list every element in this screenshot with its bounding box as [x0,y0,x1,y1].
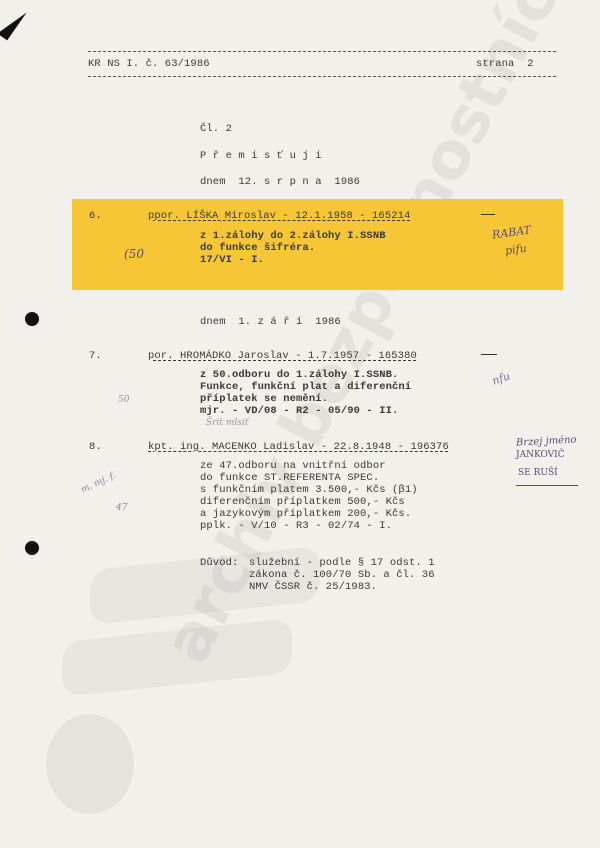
entry-line: Funkce, funkční plat a diferenční [200,381,411,393]
handwritten-note: JANKOVIČ [516,450,565,460]
entry-number: 8. [89,441,102,453]
entry-line: do funkce ST.REFERENTA SPEC. [200,472,379,484]
document-page: archiv bezpečnostních složek KR NS I. č.… [0,0,600,848]
reason-line: služební - podle § 17 odst. 1 [249,557,435,569]
article-title: P ř e m i s ť u j i [200,150,322,162]
header-rule-top [88,51,556,52]
date-heading-2: dnem 1. z á ř í 1986 [200,316,341,328]
handwritten-note: Šrit mlsiť [206,418,248,428]
header-rule-bottom [88,76,556,77]
entry-number: 7. [89,350,102,362]
handwritten-note: 50 [118,395,129,405]
dash-mark [481,354,497,355]
handwritten-note: SE RUŠÍ [518,468,558,478]
handwritten-note: Brzej jméno [516,434,577,448]
entry-line: pplk. - V/10 - R3 - 02/74 - I. [200,520,392,532]
punch-hole-icon [25,312,39,326]
entry-line: a jazykovým příplatkem 200,- Kčs. [200,508,411,520]
torn-corner-mark [0,6,27,41]
entry-heading: kpt. ing. MACENKO Ladislav - 22.8.1948 -… [148,441,449,453]
entry-line: do funkce šifréra. [200,242,315,254]
entry-line: diferenčním příplatkem 500,- Kčs [200,496,405,508]
entry-line: 17/VI - I. [200,254,264,266]
handwritten-note: nfu [490,369,512,387]
handwritten-note: m. mj. f. [80,471,118,496]
reason-label: Důvod: [200,557,238,569]
entry-line: z 1.zálohy do 2.zálohy I.SSNB [200,230,386,242]
entry-number: 6. [89,210,102,222]
handwritten-underline [516,485,578,486]
date-heading-1: dnem 12. s r p n a 1986 [200,176,360,188]
entry-line: s funkčním platem 3.500,- Kčs (β1) [200,484,418,496]
handwritten-note: 47 [116,503,127,513]
entry-line: mjr. - VD/08 - R2 - 05/90 - II. [200,405,398,417]
watermark-flag-stripe [62,618,292,697]
article-number: Čl. 2 [200,123,232,135]
entry-line: ze 47.odboru na vnitřní odbor [200,460,386,472]
entry-heading: por. HROMÁDKO Jaroslav - 1.7.1957 - 1653… [148,350,417,362]
entry-line: příplatek se nemění. [200,393,328,405]
page-number: strana 2 [476,58,534,70]
entry-line: z 50.odboru do 1.zálohy I.SSNB. [200,369,398,381]
entry-heading: ppor. LÍŠKA Miroslav - 12.1.1958 - 16521… [148,210,410,222]
reason-line: NMV ČSSR č. 25/1983. [249,581,377,593]
reason-line: zákona č. 100/70 Sb. a čl. 36 [249,569,435,581]
punch-hole-icon [25,541,39,555]
handwritten-note: (50 [124,247,144,261]
dash-mark [481,214,495,215]
document-reference: KR NS I. č. 63/1986 [88,58,210,70]
watermark-circle [46,714,134,814]
